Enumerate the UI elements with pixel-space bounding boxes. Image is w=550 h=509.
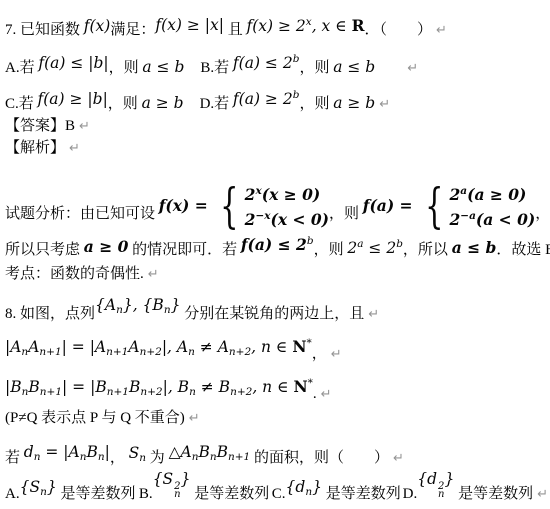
- left-brace-icon: {: [220, 186, 238, 226]
- formula: a ≤ b: [333, 58, 375, 77]
- superscript: −a: [460, 210, 476, 222]
- text-run: ．（ ）: [365, 21, 433, 41]
- text-run: 的面积，则（ ）: [250, 449, 389, 469]
- math-bold-italic-run: f(a) ≤ 2: [241, 235, 307, 254]
- formula: f(a) ≤ 2b: [241, 235, 314, 255]
- kaodian-line: 考点：函数的奇偶性.↵: [5, 261, 548, 285]
- formula: 2a ≤ 2b: [347, 238, 403, 258]
- spacer: [184, 78, 200, 79]
- math-bold-run: N: [292, 337, 306, 356]
- text-run: ，则: [108, 95, 142, 115]
- text-run: ，则: [109, 59, 143, 79]
- text-run: ．故选 B．: [496, 241, 550, 261]
- math-run: 2: [245, 210, 256, 229]
- piecewise-function: f(a) = {2a(a ≥ 0)2−a(a < 0): [363, 181, 535, 231]
- math-run: }: [47, 478, 57, 496]
- superscript: b: [307, 235, 314, 247]
- math-run: (a < 0): [476, 210, 535, 229]
- math-run: B: [28, 378, 39, 396]
- text-run: C.若: [5, 95, 38, 115]
- superscript: *: [308, 377, 313, 389]
- text-run: ，则: [299, 59, 333, 79]
- paragraph-mark-icon: ↵: [393, 451, 404, 466]
- q8-question-line: 若 dn = |AnBn|， Sn 为 △AnBnBn+1 的面积，则（ ）↵: [5, 429, 548, 469]
- math-run: f(a) ≤ |b|: [38, 54, 108, 72]
- formula: f(x): [84, 17, 111, 36]
- subscript: n: [139, 452, 146, 464]
- cases-row: 2−a(a < 0): [450, 206, 536, 231]
- math-run: f(x) ≥ |x|: [155, 16, 224, 34]
- paragraph-mark-icon: ↵: [537, 487, 548, 502]
- cases-row: 2a(a ≥ 0): [450, 181, 536, 206]
- math-run: (x < 0): [271, 210, 329, 229]
- math-bold-italic-run: a ≥ 0: [84, 237, 129, 256]
- paragraph-mark-icon: ↵: [69, 141, 80, 156]
- math-run: B: [217, 443, 228, 461]
- math-run: f(a) ≤ 2: [233, 54, 293, 72]
- formula: a ≥ 0: [84, 237, 129, 257]
- text-run: 是等差数列: [322, 485, 401, 505]
- text-run: ，则: [299, 95, 333, 115]
- formula: a ≥ b: [333, 94, 375, 113]
- math-run: f(a) ≥ 2: [233, 90, 293, 108]
- formula: f(a) ≤ 2b: [233, 53, 300, 73]
- paragraph-mark-icon: ↵: [379, 97, 390, 112]
- text-run: 分别在某锐角的两边上，且: [180, 305, 364, 325]
- formula: f(a) ≥ |b|: [38, 90, 108, 109]
- subscript: n: [188, 346, 195, 358]
- math-run: {d: [286, 478, 306, 496]
- subscript: n+2: [140, 346, 162, 358]
- q8-condition-a: |AnAn+1| = |An+1An+2|, An ≠ An+2, n ∈ N*…: [5, 325, 548, 365]
- spacer: [375, 78, 403, 79]
- text-run: 所以只考虑: [5, 241, 84, 261]
- text-run: 是等差数列: [57, 485, 136, 505]
- subscript: n: [174, 491, 180, 499]
- text-run: ，: [110, 449, 129, 469]
- q7-stem: 7. 已知函数 f(x)满足：f(x) ≥ |x| 且 f(x) ≥ 2x, x…: [5, 7, 548, 41]
- text-run: ，因为: [535, 205, 550, 225]
- paragraph-mark-icon: ↵: [436, 23, 447, 38]
- math-run: {S: [20, 478, 40, 496]
- text-run: A.若: [5, 59, 38, 79]
- math-run: A: [28, 338, 39, 356]
- text-run: .: [313, 385, 317, 405]
- subscript: n+2: [229, 346, 251, 358]
- math-run: 2: [347, 239, 357, 257]
- subscript: n+1: [106, 346, 128, 358]
- math-run: f(x): [84, 17, 111, 35]
- math-run: A: [128, 338, 139, 356]
- text-run: ，: [312, 345, 327, 365]
- document-page: 7. 已知函数 f(x)满足：f(x) ≥ |x| 且 f(x) ≥ 2x, x…: [0, 0, 550, 509]
- text-run: 是等差数列: [191, 485, 270, 505]
- math-run: , n ∈: [251, 338, 292, 356]
- formula: f(x) ≥ 2x, x ∈ R: [246, 16, 364, 36]
- text-run: A.: [5, 485, 20, 505]
- math-bold-italic-run: f(x) =: [159, 196, 213, 215]
- subscript: n: [210, 451, 217, 463]
- function-label: f(a) =: [363, 196, 418, 216]
- text-run: 考点：函数的奇偶性.: [5, 265, 144, 285]
- q8-note-line: (P≠Q 表示点 P 与 Q 不重合)↵: [5, 405, 548, 429]
- formula: {S2n}: [153, 470, 191, 499]
- text-run: 是等差数列: [454, 485, 533, 505]
- math-run: a ≤ b: [333, 58, 375, 76]
- math-run: |B: [5, 378, 22, 396]
- math-run: B: [198, 443, 209, 461]
- paragraph-mark-icon: ↵: [368, 307, 379, 322]
- math-run: △A: [169, 443, 192, 461]
- text-run: 试题分析：由已知可设: [5, 205, 159, 225]
- subscript: n: [116, 304, 123, 316]
- math-run: ≤ 2: [363, 239, 396, 257]
- q7-options-ab: A.若 f(a) ≤ |b|，则 a ≤ bB.若 f(a) ≤ 2b，则 a …: [5, 41, 548, 79]
- text-run: C.: [272, 485, 286, 505]
- formula: {Sn}: [20, 478, 57, 499]
- q7-options-cd: C.若 f(a) ≥ |b|，则 a ≥ bD.若 f(a) ≥ 2b，则 a …: [5, 79, 548, 115]
- paragraph-mark-icon: ↵: [407, 61, 418, 76]
- subscript: n+1: [39, 346, 61, 358]
- formula: f(x) ≥ |x|: [155, 16, 224, 35]
- text-run: 若: [5, 449, 24, 469]
- math-run: a ≥ b: [333, 94, 375, 112]
- subscript: n: [98, 451, 105, 463]
- formula: a ≤ b: [142, 58, 184, 77]
- math-run: {S: [153, 470, 173, 488]
- math-run: }: [312, 478, 322, 496]
- math-run: d: [24, 443, 34, 461]
- subscript: n: [189, 386, 196, 398]
- paragraph-mark-icon: ↵: [148, 267, 159, 282]
- subscript: n: [164, 304, 171, 316]
- math-run: f(a) ≥ |b|: [38, 90, 108, 108]
- math-run: , x ∈: [312, 17, 352, 35]
- superscript: b: [293, 53, 300, 65]
- math-run: }: [171, 296, 181, 314]
- math-run: |, B: [163, 378, 189, 396]
- subscript: n+2: [140, 386, 162, 398]
- math-bold-italic-run: f(a) =: [363, 196, 418, 215]
- math-run: {A: [95, 296, 116, 314]
- math-run: , n ∈: [252, 378, 293, 396]
- piecewise-function: f(x) = {2x(x ≥ 0)2−x(x < 0): [159, 181, 329, 231]
- analysis-piecewise-line: 试题分析：由已知可设 f(x) = {2x(x ≥ 0)2−x(x < 0)，则…: [5, 159, 548, 225]
- text-run: D.: [403, 485, 418, 505]
- subscript: n+1: [107, 386, 129, 398]
- formula: f(a) ≤ |b|: [38, 54, 108, 73]
- cases-rows: 2x(x ≥ 0)2−x(x < 0): [245, 181, 329, 231]
- math-run: B: [87, 443, 98, 461]
- cases-row: 2x(x ≥ 0): [245, 181, 329, 206]
- math-run: ≠ A: [195, 338, 229, 356]
- text-run: 为: [146, 449, 169, 469]
- text-run: ，则: [314, 241, 348, 261]
- text-run: 满足：: [110, 21, 155, 41]
- math-run: |A: [5, 338, 21, 356]
- formula: {An}, {Bn}: [95, 296, 180, 317]
- text-run: (P≠Q 表示点 P 与 Q 不重合): [5, 409, 185, 429]
- text-run: 【答案】B: [5, 117, 75, 137]
- math-run: 2: [450, 210, 461, 229]
- spacer: [184, 114, 200, 115]
- math-run: }: [444, 470, 454, 488]
- formula: a ≥ b: [142, 94, 184, 113]
- superscript: −x: [255, 210, 270, 222]
- math-run: (a ≥ 0): [467, 185, 526, 204]
- math-run: a ≥ b: [142, 94, 184, 112]
- analysis-label-line: 【解析】↵: [5, 137, 548, 159]
- formula: a ≤ b: [452, 238, 497, 258]
- math-run: 2: [450, 185, 461, 204]
- math-run: ≠ B: [196, 378, 230, 396]
- text-run: D.若: [200, 95, 233, 115]
- formula: Sn: [129, 444, 146, 465]
- formula: |BnBn+1| = |Bn+1Bn+2|, Bn ≠ Bn+2, n ∈ N*: [5, 377, 313, 399]
- math-run: a ≤ b: [142, 58, 184, 76]
- text-run: 8. 如图，点列: [5, 305, 95, 325]
- text-run: B.: [139, 485, 153, 505]
- math-run: {d: [417, 470, 437, 488]
- math-run: S: [129, 444, 140, 462]
- math-run: |, A: [162, 338, 188, 356]
- q8-stem: 8. 如图，点列{An}, {Bn} 分别在某锐角的两边上，且↵: [5, 285, 548, 325]
- cases-rows: 2a(a ≥ 0)2−a(a < 0): [450, 181, 536, 231]
- text-run: 【解析】: [5, 139, 65, 159]
- paragraph-mark-icon: ↵: [321, 387, 332, 402]
- paragraph-mark-icon: ↵: [189, 411, 200, 426]
- subscript: n+1: [40, 386, 62, 398]
- math-run: |: [105, 443, 110, 461]
- q8-condition-b: |BnBn+1| = |Bn+1Bn+2|, Bn ≠ Bn+2, n ∈ N*…: [5, 365, 548, 405]
- q8-options: A.{Sn} 是等差数列B.{S2n} 是等差数列C.{dn} 是等差数列D.{…: [5, 469, 548, 505]
- math-run: f(x) ≥ 2: [246, 17, 305, 35]
- math-run: 2: [245, 185, 256, 204]
- math-run: (x ≥ 0): [262, 185, 320, 204]
- formula: {d2n}: [417, 470, 454, 499]
- text-run: B.若: [200, 59, 233, 79]
- superscript: *: [307, 337, 312, 349]
- left-brace-icon: {: [425, 186, 443, 226]
- function-label: f(x) =: [159, 196, 213, 216]
- subscript: n+1: [228, 451, 250, 463]
- math-bold-run: N: [294, 377, 308, 396]
- subscript: n+2: [230, 386, 252, 398]
- paragraph-mark-icon: ↵: [331, 347, 342, 362]
- math-run: | = |B: [62, 378, 107, 396]
- math-run: }: [181, 470, 191, 488]
- formula: |AnAn+1| = |An+1An+2|, An ≠ An+2, n ∈ N*: [5, 337, 312, 359]
- paragraph-mark-icon: ↵: [79, 119, 90, 134]
- text-run: 的情况即可．若: [128, 241, 241, 261]
- math-run: | = |A: [62, 338, 106, 356]
- math-bold-run: R: [352, 16, 365, 35]
- subscript: n: [438, 491, 444, 499]
- formula: dn = |AnBn|: [24, 443, 110, 464]
- math-run: = |A: [40, 443, 79, 461]
- subscript: n: [40, 486, 47, 498]
- text-run: 7. 已知函数: [5, 21, 84, 41]
- formula: △AnBnBn+1: [169, 443, 251, 464]
- text-run: ，所以: [403, 241, 452, 261]
- formula: f(a) ≥ 2b: [233, 89, 300, 109]
- formula: {dn}: [286, 478, 322, 499]
- superscript: b: [396, 238, 403, 250]
- math-run: B: [129, 378, 140, 396]
- text-run: ，则: [329, 205, 363, 225]
- subscript: n: [80, 451, 87, 463]
- cases-row: 2−x(x < 0): [245, 206, 329, 231]
- superscript: b: [293, 89, 300, 101]
- text-run: 且: [224, 21, 247, 41]
- math-bold-italic-run: a ≤ b: [452, 238, 497, 257]
- math-run: }, {B: [123, 296, 164, 314]
- answer-line: 【答案】B↵: [5, 115, 548, 137]
